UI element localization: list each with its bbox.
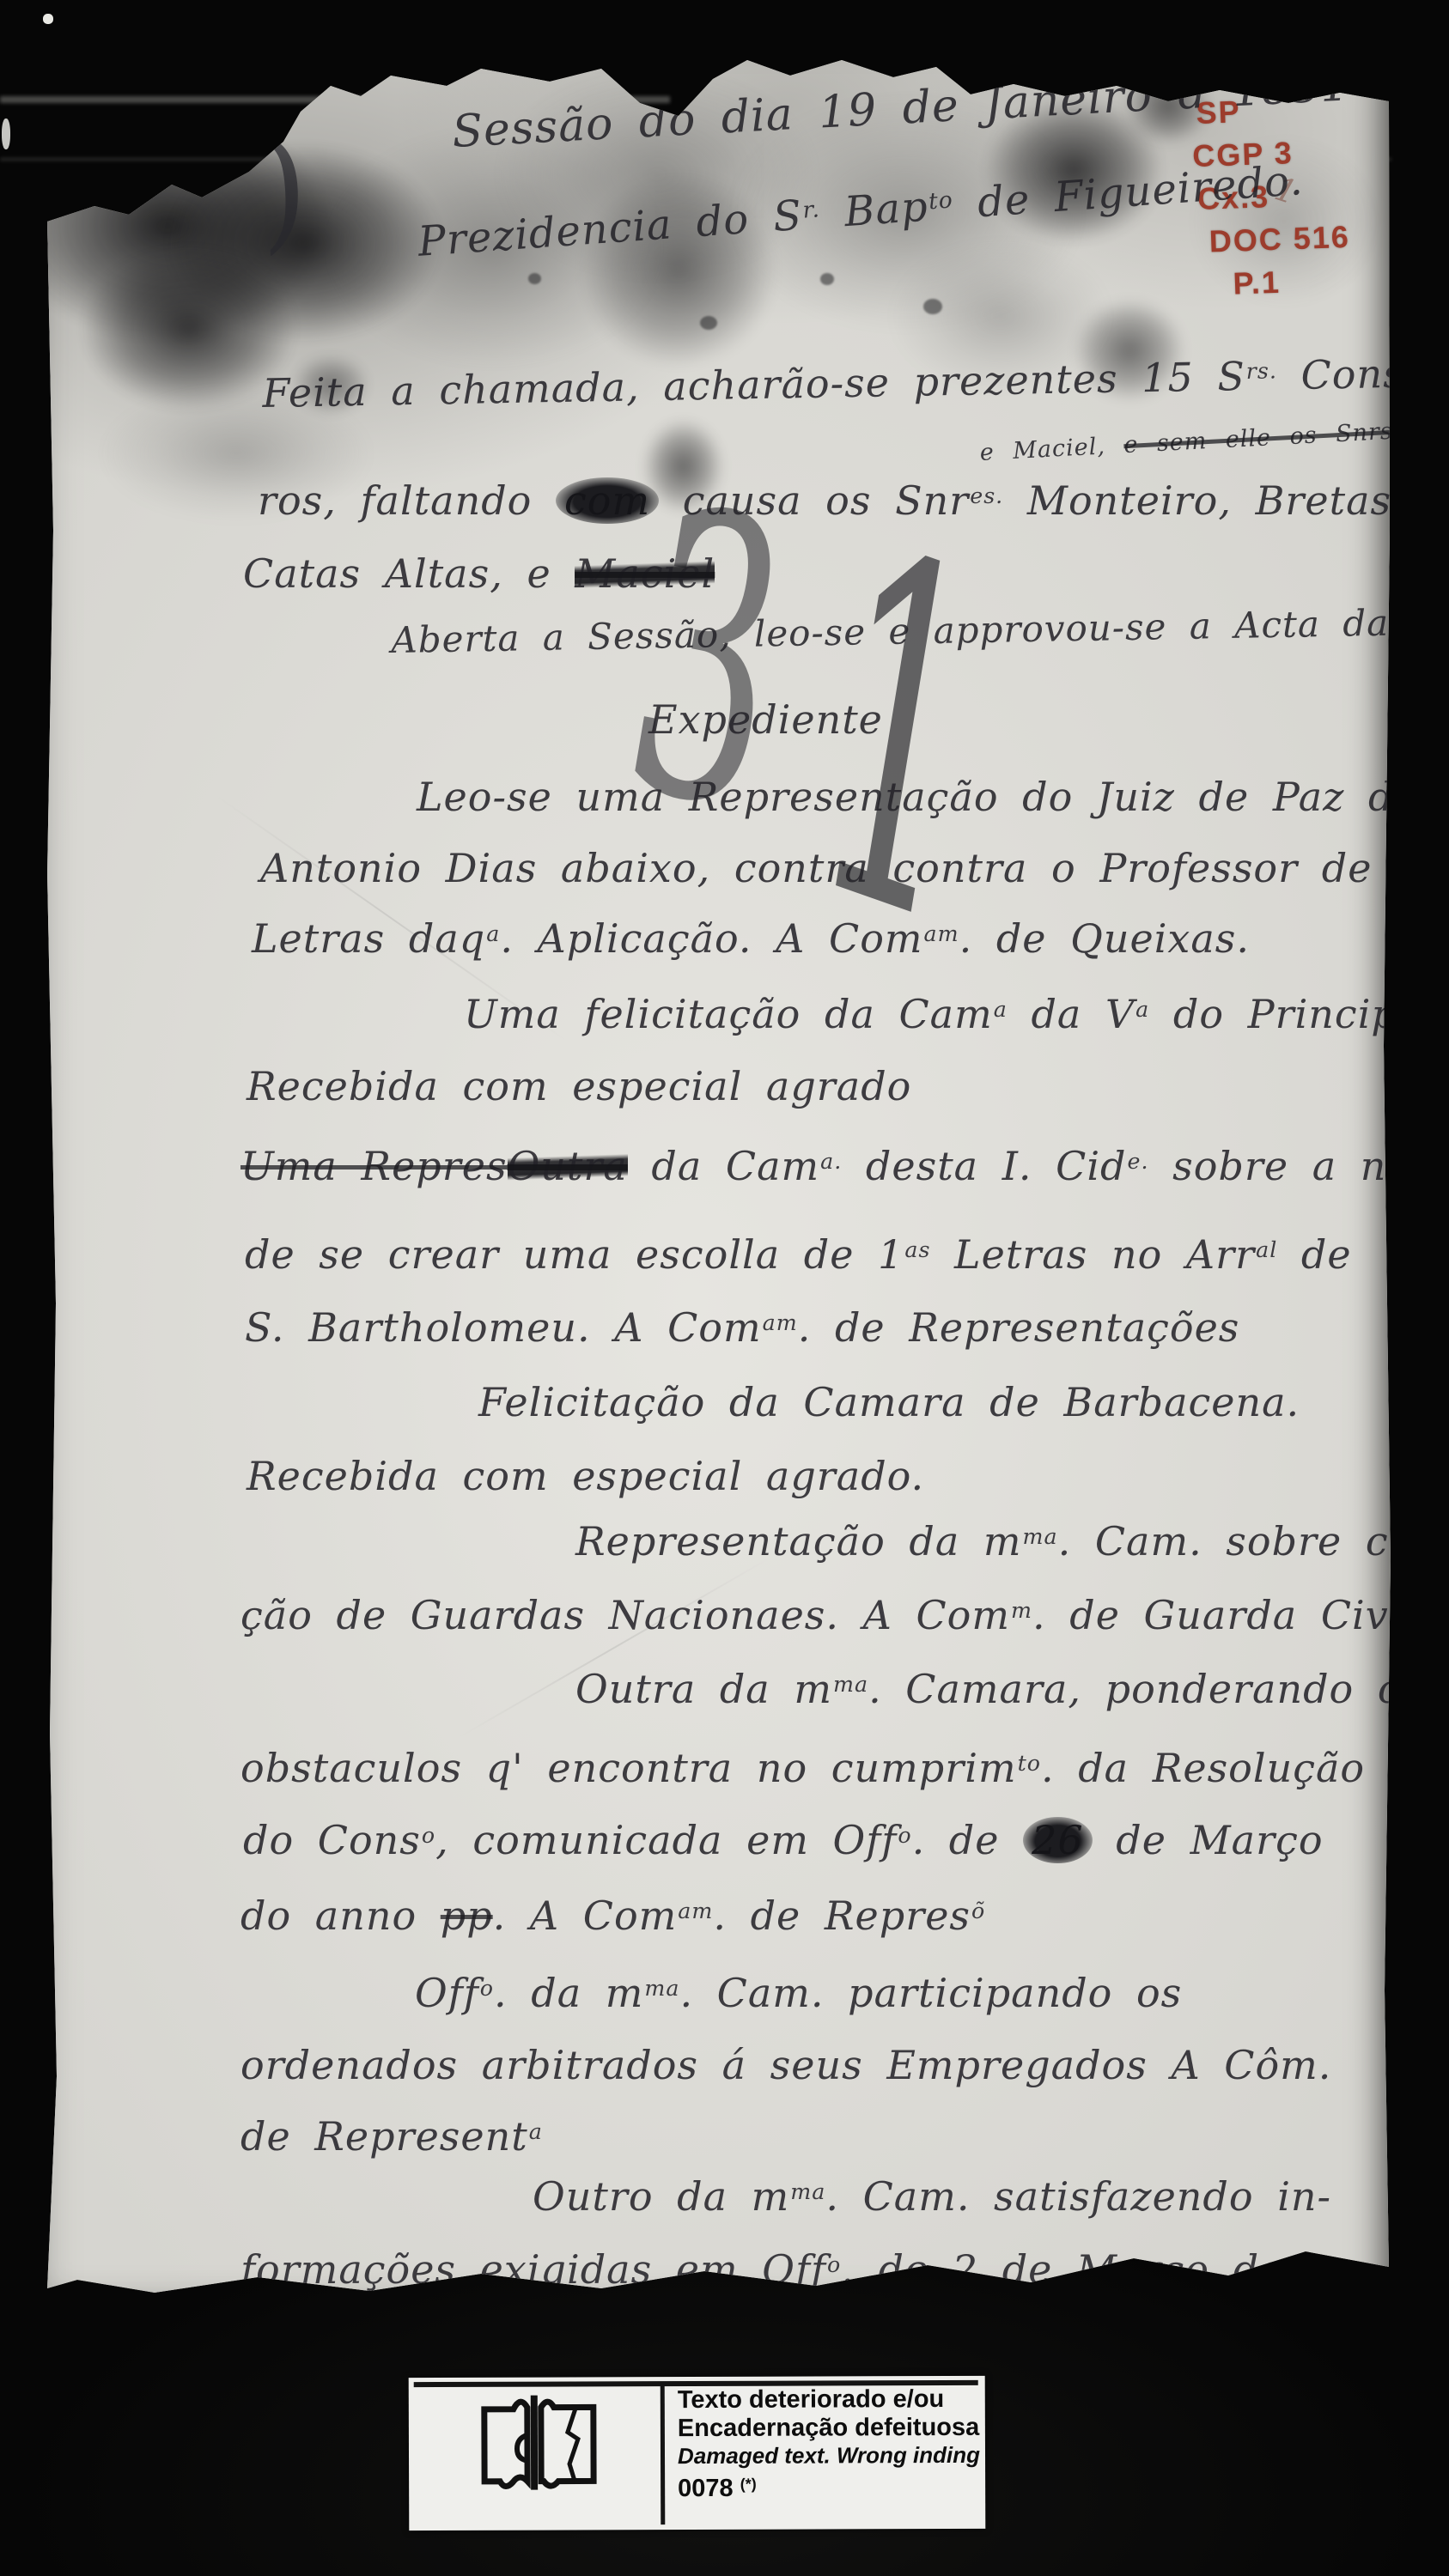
manuscript-segment-sup: a	[529, 2119, 543, 2144]
manuscript-line: de se crear uma escolla de 1as Letras no…	[245, 1233, 1352, 1277]
manuscript-segment: . da Resolução	[1041, 1745, 1365, 1791]
manuscript-segment: Uma felicitação da Cam	[464, 991, 993, 1037]
manuscript-segment: Sessão do dia 19 de Janeiro d 1831	[451, 59, 1351, 158]
manuscript-segment: . de Queixas.	[959, 915, 1250, 962]
manuscript-segment: do Principe	[1149, 991, 1422, 1037]
manuscript-segment: Leo-se uma Representação do Juiz de Paz …	[417, 774, 1419, 820]
caption-line-pt-2: Encadernação defeituosa	[678, 2414, 980, 2443]
manuscript-segment: Recebida com especial agrado.	[247, 1453, 924, 1499]
manuscript-segment-sup: to	[928, 186, 954, 215]
manuscript-segment-sup: am	[924, 921, 959, 946]
caption-code-note: (*)	[740, 2476, 757, 2493]
manuscript-segment: ordenados arbitrados á seus Empregados A…	[240, 2042, 1331, 2088]
manuscript-segment: . de 2 de Março do an-	[841, 2246, 1373, 2293]
manuscript-line: Offo. da mma. Cam. participando os	[415, 1971, 1182, 2015]
manuscript-segment: do anno	[240, 1893, 441, 1939]
manuscript-segment: . de Repres	[713, 1893, 971, 1939]
manuscript-segment-sup: to	[1018, 1751, 1041, 1776]
manuscript-segment-sup: a	[486, 921, 500, 946]
caption-line-en: Damaged text. Wrong inding	[678, 2442, 980, 2470]
manuscript-segment: Bap	[819, 182, 929, 238]
manuscript-segment-strike: e sem elle os Snrs	[1123, 418, 1394, 459]
manuscript-segment-sup: r.	[801, 196, 820, 223]
caption-code-number: 0078	[678, 2475, 734, 2502]
manuscript-line: Letras daqa. Aplicação. A Comam. de Quei…	[252, 917, 1250, 961]
manuscript-line: Feita a chamada, acharão-se prezentes 15…	[262, 350, 1449, 416]
interlinear-insertion: e Maciel, e sem elle os Snrs	[979, 419, 1393, 466]
manuscript-segment-strike: pp	[441, 1893, 493, 1939]
manuscript-segment-sup: ma	[790, 2179, 825, 2204]
manuscript-segment-sup: o	[898, 1823, 911, 1848]
manuscript-line: do anno pp. A Comam. de Represõ	[240, 1894, 985, 1938]
manuscript-segment: desta I. Cid	[842, 1143, 1126, 1189]
manuscript-segment: ros, faltando	[258, 477, 556, 524]
manuscript-segment: sobre a necessid.	[1149, 1143, 1449, 1189]
manuscript-segment-sup: a	[1135, 997, 1149, 1022]
manuscript-segment: Representação da m	[575, 1518, 1022, 1564]
manuscript-segment: do Cons	[243, 1817, 421, 1863]
manuscript-segment-sup: am	[678, 1899, 713, 1923]
manuscript-line: Recebida com especial agrado.	[247, 1455, 924, 1498]
manuscript-line: Recebida com especial agrado	[247, 1065, 911, 1109]
manuscript-segment: Feita a chamada, acharão-se prezentes 15…	[262, 353, 1245, 416]
manuscript-segment-heavy: Maciel	[575, 550, 715, 597]
manuscript-segment: da Cam	[628, 1143, 819, 1189]
manuscript-segment: Outra da m	[575, 1666, 832, 1712]
manuscript-segment: . Camara, ponderando os	[868, 1666, 1423, 1712]
manuscript-line: obstaculos q' encontra no cumprimto. da …	[240, 1747, 1365, 1790]
manuscript-line: Catas Altas, e Maciel	[243, 552, 715, 596]
presidency-line: Prezidencia do Sr. Bapto de Figueiredo.	[417, 158, 1305, 265]
manuscript-line: Leo-se uma Representação do Juiz de Paz …	[417, 775, 1419, 819]
manuscript-segment: de se crear uma escolla de 1	[245, 1231, 904, 1278]
manuscript-segment: Letras daq	[252, 915, 485, 962]
film-speck	[43, 14, 53, 24]
manuscript-line: Aberta a Sessão, leo-se e approvou-se a …	[391, 600, 1449, 660]
manuscript-line: Representação da mma. Cam. sobre crea-	[575, 1520, 1449, 1564]
manuscript-segment: Recebida com especial agrado	[247, 1063, 911, 1109]
manuscript-segment-sup: a.	[820, 1149, 842, 1174]
manuscript-segment: . Cam. sobre crea-	[1058, 1518, 1449, 1564]
handwritten-text-block: )Sessão do dia 19 de Janeiro d 1831Prezi…	[47, 15, 1391, 2312]
caption-card: Texto deteriorado e/ou Encadernação defe…	[409, 2376, 986, 2530]
manuscript-segment: Letras no Arr	[930, 1231, 1255, 1278]
manuscript-segment-sup: ma	[644, 1976, 679, 2001]
manuscript-line: Outra da mma. Camara, ponderando os	[575, 1668, 1423, 1711]
manuscript-segment: Antonio Dias abaixo, contra contra o Pro…	[260, 845, 1422, 891]
manuscript-segment: da V	[1008, 991, 1135, 1037]
manuscript-segment: causa os Snr	[659, 477, 969, 524]
manuscript-segment: Off	[415, 1970, 479, 2016]
manuscript-segment: no	[1241, 2262, 1288, 2304]
session-title-line: Sessão do dia 19 de Janeiro d 1831	[451, 61, 1351, 157]
manuscript-segment: . Cam. satisfazendo in-	[825, 2173, 1331, 2220]
manuscript-segment: ção de Guardas Nacionaes. A Com	[240, 1592, 1010, 1638]
manuscript-line: ção de Guardas Nacionaes. A Comm. de Gua…	[240, 1594, 1449, 1637]
manuscript-line: ordenados arbitrados á seus Empregados A…	[240, 2044, 1331, 2087]
caption-text-block: Texto deteriorado e/ou Encadernação defe…	[678, 2385, 980, 2504]
manuscript-line: Outro da mma. Cam. satisfazendo in-	[533, 2175, 1331, 2219]
manuscript-segment: . Aplicação. A Com	[500, 915, 922, 962]
manuscript-segment-sup: o	[422, 1823, 435, 1848]
manuscript-line: do Conso, comunicada em Offo. de 26 de M…	[243, 1819, 1324, 1862]
manuscript-segment: . Cam. participando os	[679, 1970, 1182, 2016]
microfilm-scan-frame: { "frame": { "background": "#060606" }, …	[0, 0, 1449, 2576]
manuscript-segment-sup: e.	[1128, 1149, 1149, 1174]
manuscript-segment: . de Representações	[798, 1304, 1240, 1351]
manuscript-line: Antonio Dias abaixo, contra contra o Pro…	[260, 847, 1448, 890]
torn-book-icon	[466, 2385, 612, 2499]
manuscript-segment: e Maciel,	[979, 432, 1124, 466]
manuscript-segment: , comunicada em Off	[435, 1817, 897, 1863]
manuscript-segment: Felicitação da Camara de Barbacena.	[478, 1379, 1300, 1425]
manuscript-segment: Outro da m	[533, 2173, 789, 2220]
manuscript-segment: Conselhei	[1276, 349, 1449, 399]
manuscript-segment-sup: ma	[1023, 1524, 1058, 1549]
manuscript-segment: . da m	[494, 1970, 643, 2016]
film-speck	[2, 118, 10, 149]
manuscript-line: de Representa	[240, 2115, 543, 2159]
manuscript-segment-sup: m	[1011, 1598, 1032, 1623]
manuscript-segment-sup: õ	[971, 1899, 985, 1923]
manuscript-segment-sup: o	[480, 1976, 494, 2001]
manuscript-line: ros, faltando com causa os Snres. Montei…	[258, 479, 1449, 523]
manuscript-segment-sup: o	[827, 2252, 841, 2277]
manuscript-line: Uma RepresOutra da Cama. desta I. Cide. …	[240, 1145, 1449, 1188]
manuscript-segment: )	[240, 109, 326, 266]
manuscript-segment: . A Com	[493, 1893, 678, 1939]
catchword: no	[1241, 2263, 1288, 2303]
manuscript-segment: Monteiro, Bretas, Barão de	[1003, 477, 1449, 524]
manuscript-line: Felicitação da Camara de Barbacena.	[478, 1381, 1300, 1425]
manuscript-segment-heavy: Outra	[508, 1143, 628, 1189]
manuscript-segment-sup: a	[994, 997, 1008, 1022]
manuscript-segment-sup: am	[763, 1310, 798, 1335]
manuscript-segment: . de	[912, 1817, 1024, 1863]
caption-line-pt-1: Texto deteriorado e/ou	[678, 2385, 980, 2415]
manuscript-segment: obstaculos q' encontra no cumprim	[240, 1745, 1017, 1791]
manuscript-segment-sup: ma	[833, 1672, 868, 1697]
manuscript-line: S. Bartholomeu. A Comam. de Representaçõ…	[245, 1306, 1239, 1350]
manuscript-line: Uma felicitação da Cama da Va do Princip…	[464, 993, 1422, 1036]
manuscript-segment: Expediente	[648, 696, 883, 743]
manuscript-segment: Aberta a Sessão, leo-se e approvou-se a …	[391, 598, 1449, 661]
manuscript-segment: Prezidencia do S	[417, 191, 804, 266]
manuscript-segment-sup: rs.	[1245, 359, 1277, 385]
caption-divider	[661, 2384, 666, 2524]
manuscript-line: formações exigidas em Offo. de 2 de Març…	[240, 2248, 1373, 2292]
manuscript-segment: de Março	[1093, 1817, 1324, 1863]
manuscript-segment-sup: as	[904, 1237, 930, 1262]
expediente-heading: Expediente	[648, 698, 883, 742]
margin-flourish: )	[240, 113, 325, 264]
manuscript-segment-blot: 26	[1023, 1817, 1093, 1863]
manuscript-segment-sup: al	[1256, 1237, 1277, 1262]
manuscript-segment: formações exigidas em Off	[240, 2246, 826, 2293]
manuscript-segment-blot: com	[556, 477, 659, 524]
manuscript-segment: S. Bartholomeu. A Com	[245, 1304, 762, 1351]
manuscript-segment: Catas Altas, e	[243, 550, 575, 597]
caption-code: 0078 (*)	[678, 2469, 980, 2504]
manuscript-segment-sup: es.	[970, 483, 1003, 508]
manuscript-page: 3 1 SP CGP 3 Cx.3 DOC 516 P.1 1 )Sessão …	[47, 15, 1391, 2312]
manuscript-segment: . de Guarda Civica	[1032, 1592, 1449, 1638]
manuscript-segment-sup: as	[1422, 851, 1448, 876]
manuscript-segment: de	[1277, 1231, 1351, 1278]
manuscript-segment: de Represent	[240, 2113, 528, 2160]
manuscript-segment-strike: Uma Repres	[240, 1143, 508, 1189]
manuscript-segment: de Figueiredo.	[952, 156, 1305, 228]
